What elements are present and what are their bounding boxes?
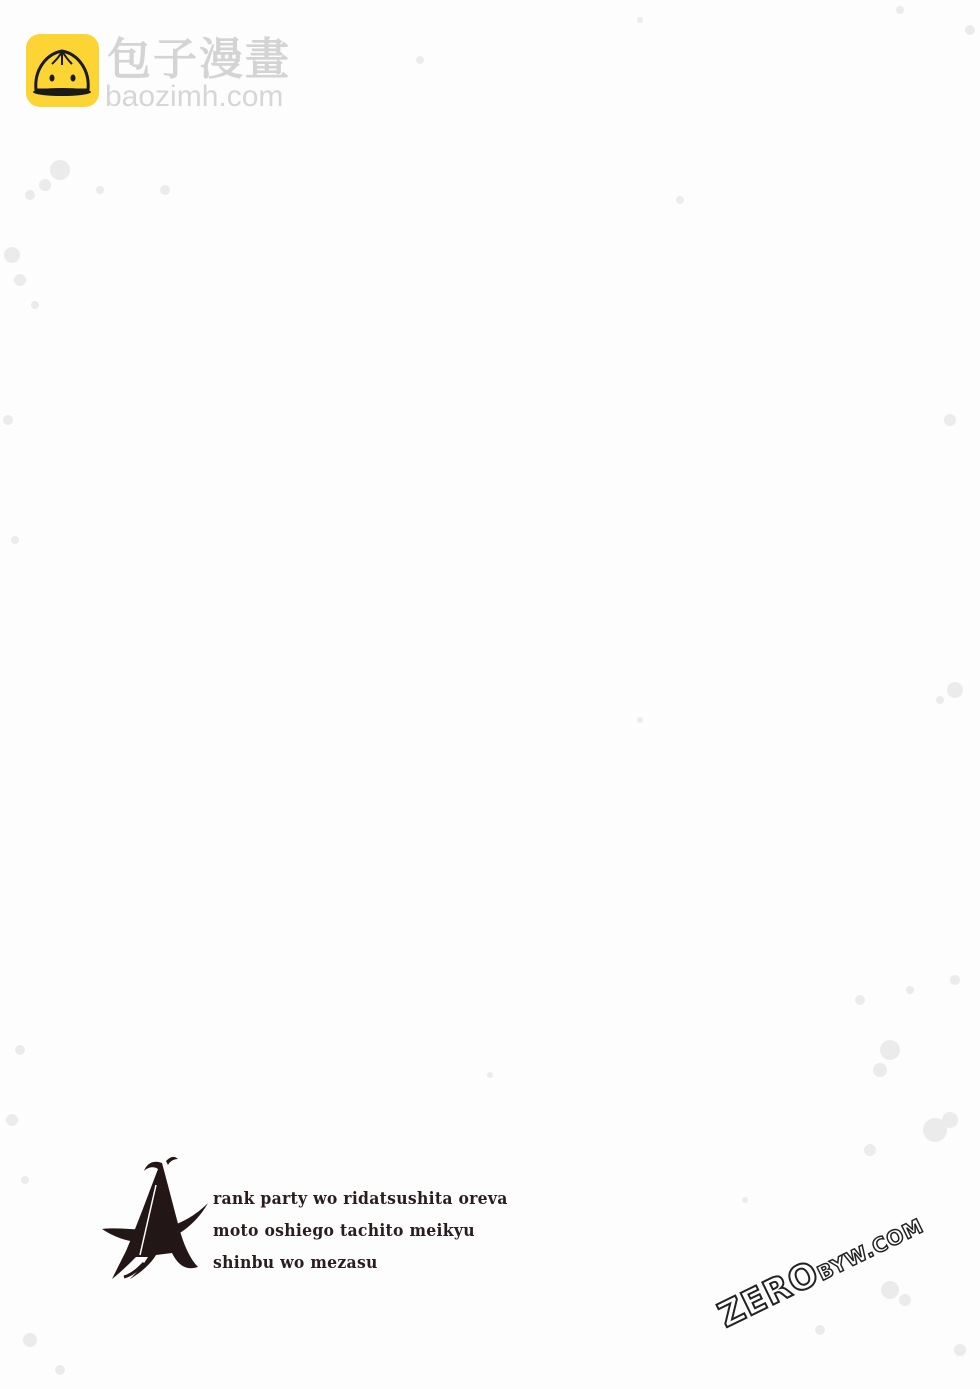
blackletter-a-initial: [100, 1155, 210, 1285]
credit-main: ZERO: [712, 1253, 826, 1336]
scanlator-credit: ZEROBYW.COM: [712, 1203, 929, 1336]
watermark-domain: baozimh.com: [105, 82, 291, 112]
credit-domain: BYW.COM: [813, 1213, 927, 1285]
steamed-bun-icon: [26, 34, 99, 107]
title-line-2: moto oshiego tachito meikyu: [213, 1217, 508, 1249]
title-line-3: shinbu wo mezasu: [213, 1249, 508, 1281]
series-title-block: rank party wo ridatsushita oreva moto os…: [100, 1155, 500, 1285]
watermark-name: 包子漫畫: [107, 34, 291, 86]
site-watermark: 包子漫畫 baozimh.com: [26, 34, 291, 112]
title-line-1: rank party wo ridatsushita oreva: [213, 1185, 508, 1217]
